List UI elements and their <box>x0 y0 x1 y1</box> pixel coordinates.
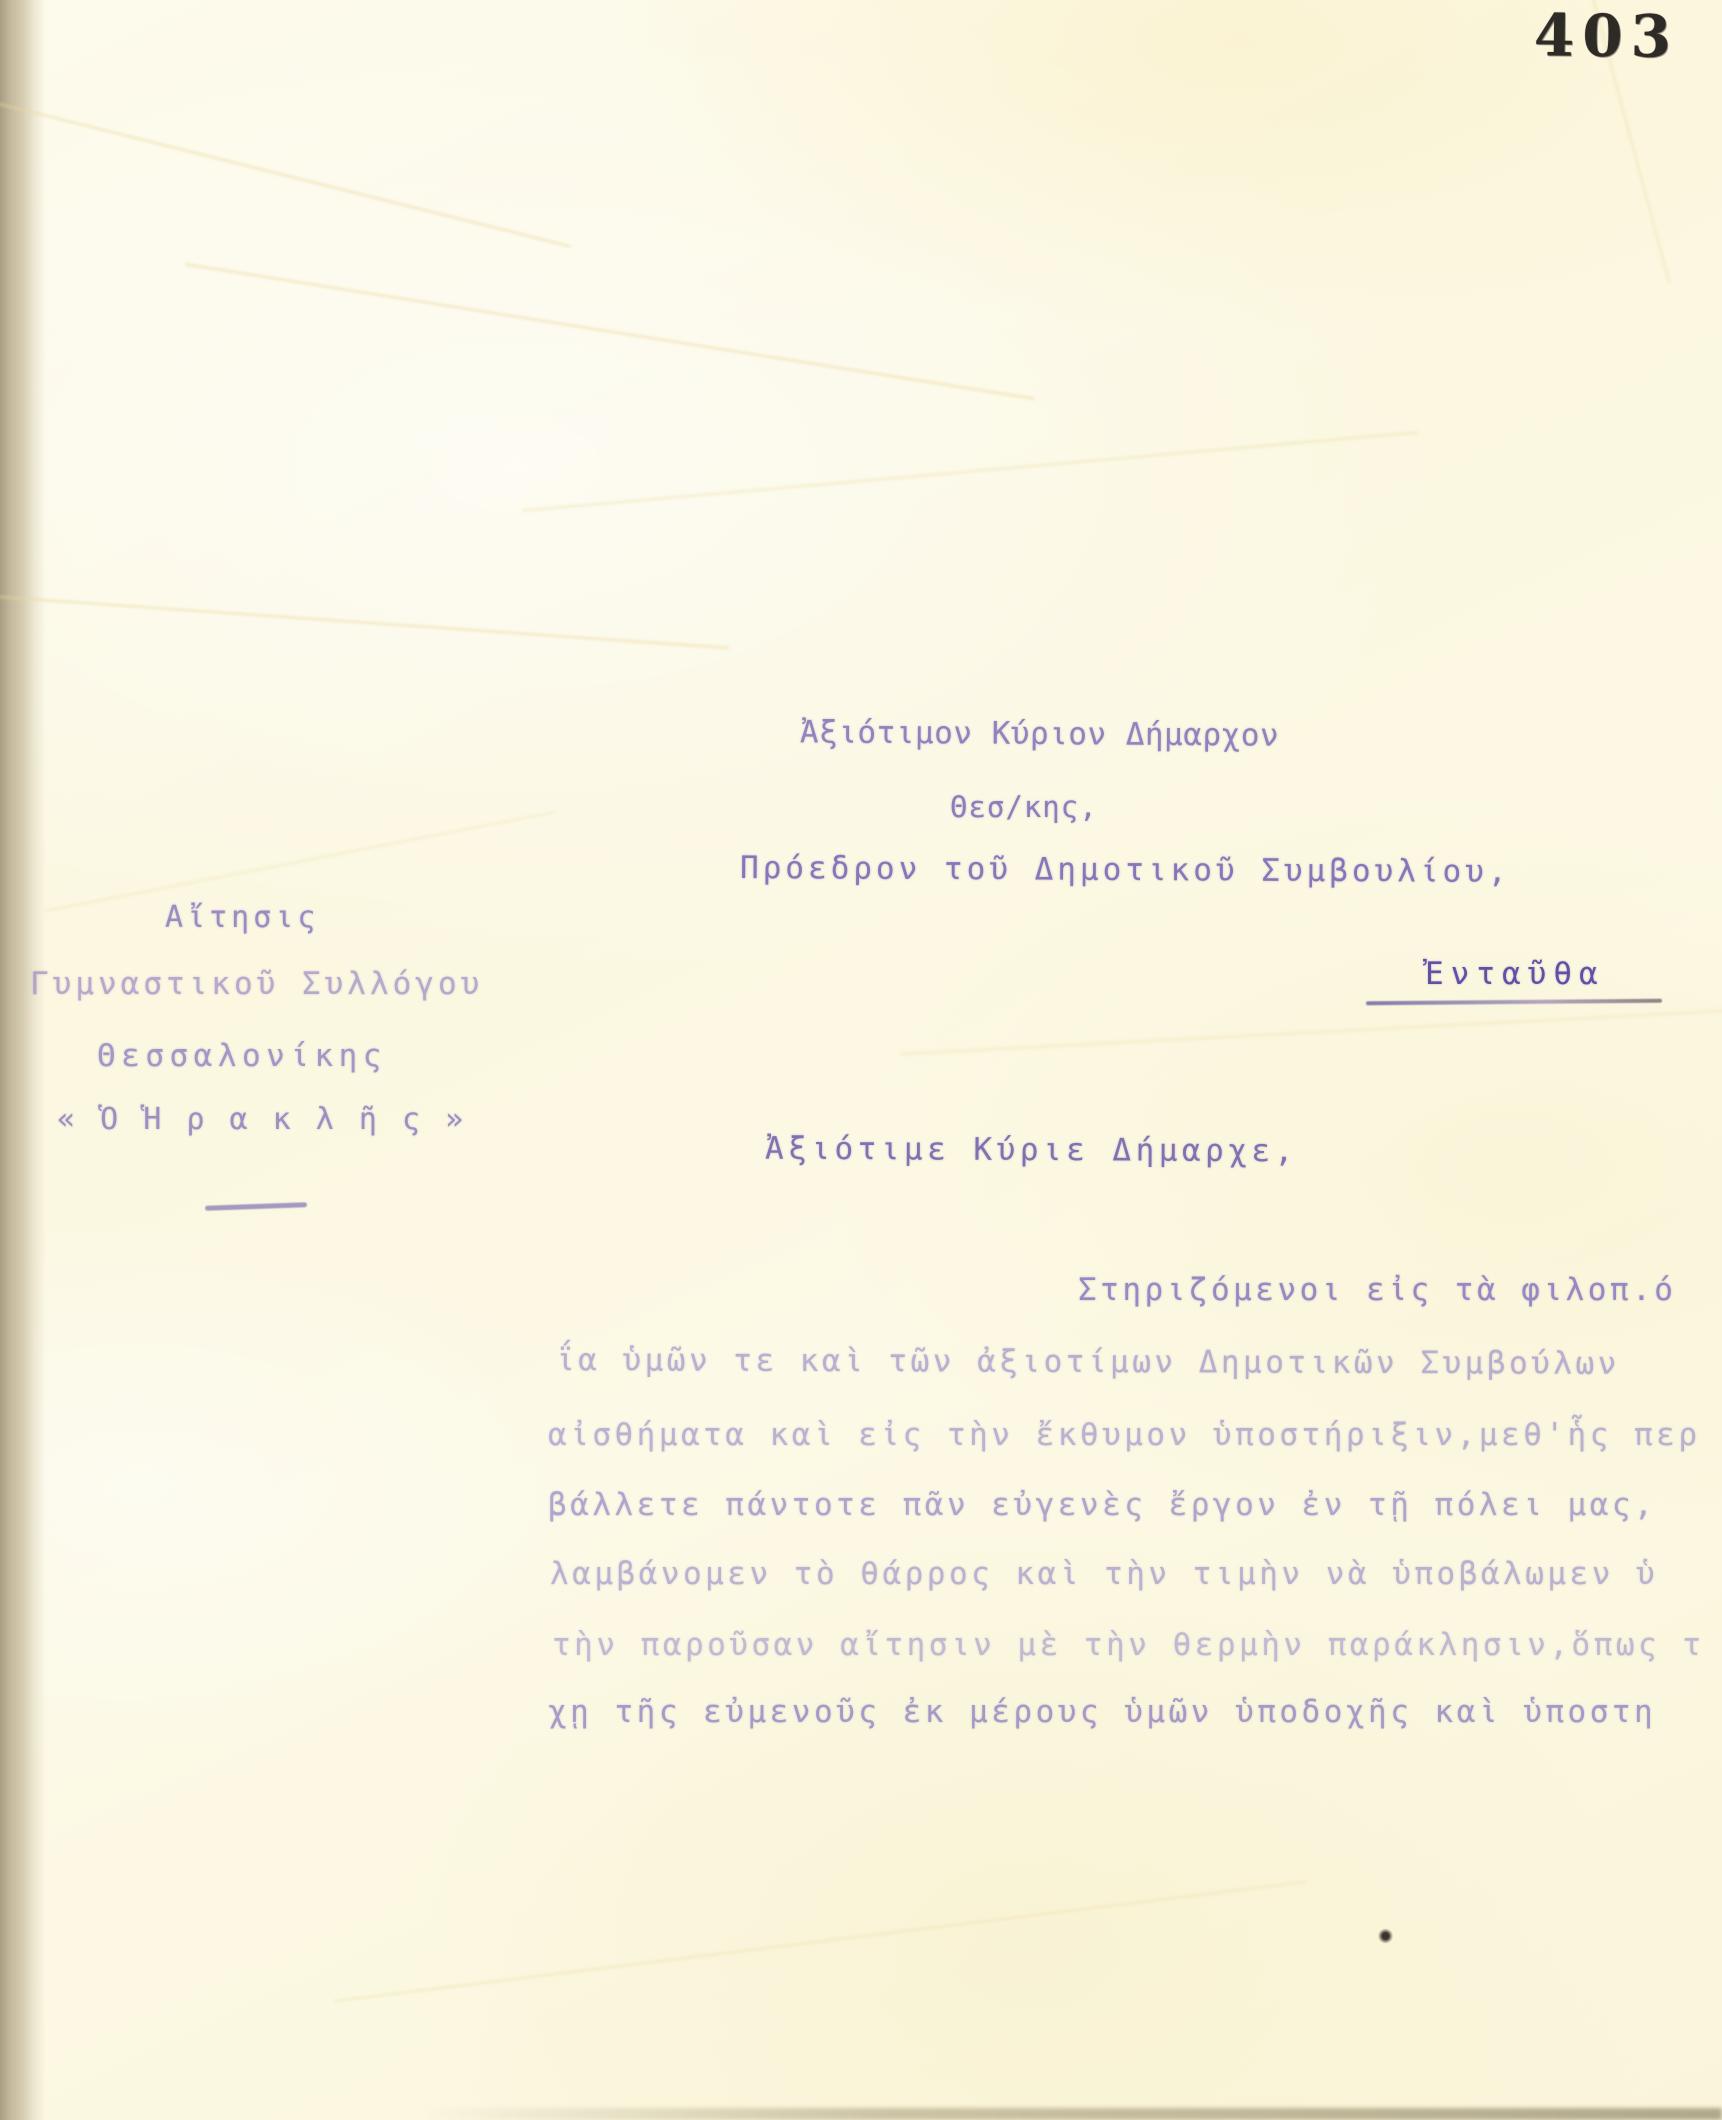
recipient-line-1: Ἀξιότιμον Κύριον Δήμαρχον <box>800 714 1279 753</box>
paper-crease <box>0 593 729 649</box>
recipient-line-2: Θεσ/κης, <box>950 790 1098 824</box>
paper-crease <box>185 263 1035 400</box>
sender-org-line-2: Θεσσαλονίκης <box>97 1038 387 1074</box>
sender-title: Αἴτησις <box>165 900 319 935</box>
paper-crease <box>44 810 555 912</box>
paper-crease <box>0 95 571 248</box>
recipient-place-underline <box>1366 999 1662 1006</box>
sender-divider-line <box>205 1202 307 1211</box>
body-line: Στηριζόμενοι εἰς τὰ φιλοπ.ό <box>1078 1272 1676 1308</box>
salutation-line: Ἀξιότιμε Κύριε Δήμαρχε, <box>765 1131 1298 1170</box>
body-line: λαμβάνομεν τὸ θάρρος καὶ τὴν τιμὴν νὰ ὑπ… <box>550 1556 1658 1592</box>
recipient-place-line: Ἐνταῦθα <box>1425 956 1605 992</box>
recipient-line-3: Πρόεδρον τοῦ Δημοτικοῦ Συμβουλίου, <box>740 850 1511 890</box>
sender-org-line-1: Γυμναστικοῦ Συλλόγου <box>30 966 483 1002</box>
paper-crease <box>333 1880 1306 2002</box>
page-bottom-edge <box>420 2108 1722 2120</box>
sender-org-name: « Ὁ Ἡ ρ α κ λ ῆ ς » <box>57 1102 467 1137</box>
ink-speck <box>1376 1926 1396 1946</box>
body-line: αἰσθήματα καὶ εἰς τὴν ἔκθυμον ὑποστήριξι… <box>548 1417 1701 1453</box>
page-left-edge <box>0 0 46 2120</box>
body-line: τὴν παροῦσαν αἴτησιν μὲ τὴν θερμὴν παράκ… <box>552 1627 1705 1663</box>
paper-crease <box>522 431 1419 512</box>
scanned-letter-page: 403 Ἀξιότιμον Κύριον Δήμαρχον Θεσ/κης, Π… <box>0 0 1722 2120</box>
body-line: χῃ τῆς εὐμενοῦς ἐκ μέρους ὑμῶν ὑποδοχῆς … <box>548 1694 1656 1730</box>
paper-crease <box>901 1007 1722 1055</box>
body-line: ΐα ὑμῶν τε καὶ τῶν ἀξιοτίμων Δημοτικῶν Σ… <box>556 1342 1620 1382</box>
page-number-stamp: 403 <box>1534 1 1680 71</box>
body-line: βάλλετε πάντοτε πᾶν εὐγενὲς ἔργον ἐν τῇ … <box>548 1487 1656 1523</box>
